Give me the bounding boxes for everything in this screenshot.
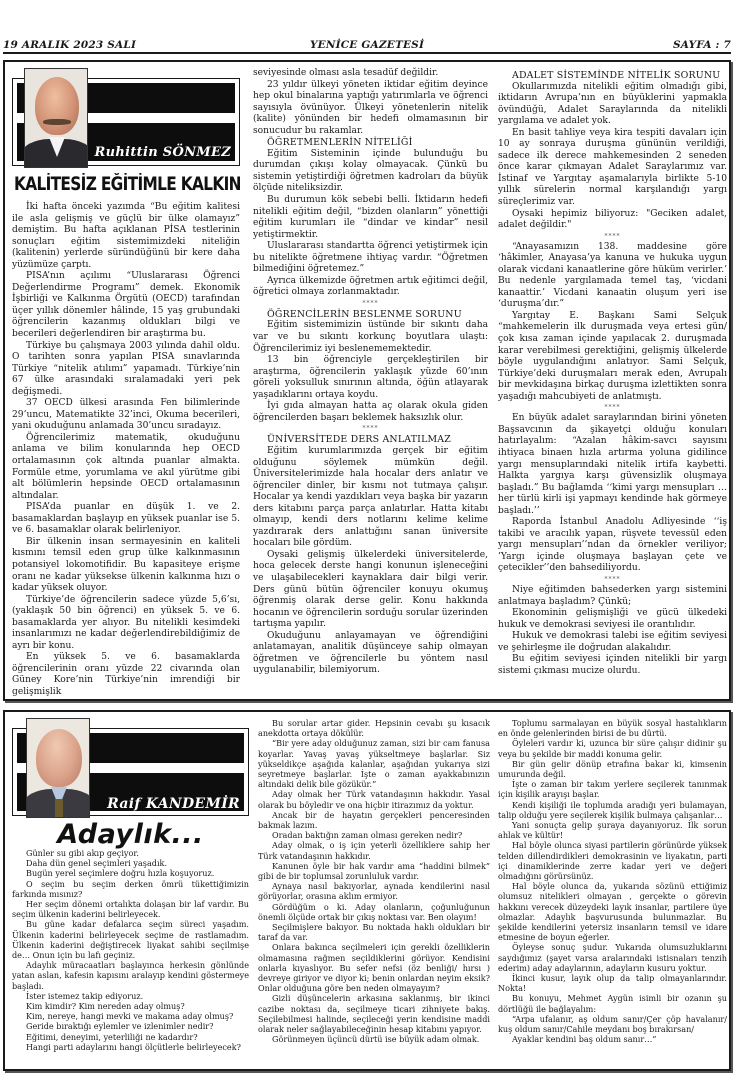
paragraph: Daha dün genel seçimleri yaşadık. xyxy=(12,858,249,868)
subheading: ADALET SİSTEMİNDE NİTELİK SORUNU xyxy=(498,70,727,82)
paragraph: Bir gün gelir dönüp etrafına bakar ki, k… xyxy=(498,759,727,779)
paragraph: “Arpa ufalanır, aş oldum sanır/Çer çöp h… xyxy=(498,1014,727,1034)
paragraph: Geride bıraktığı eylemler ve izlenimler … xyxy=(12,1021,249,1031)
paragraph: Aday olmak, o iş için yeterli özellikler… xyxy=(258,840,490,860)
paragraph: Aynaya nasıl bakıyorlar, aynada kendiler… xyxy=(258,881,490,901)
paragraph: Onlara bakınca seçilmeleri için gerekli … xyxy=(258,942,490,993)
section-separator: **** xyxy=(498,575,727,585)
article2-column-1: Raif KANDEMİR Adaylık... Günler su gibi … xyxy=(12,712,249,1069)
paragraph: Bu durumun kök sebebi belli. İktidarın h… xyxy=(253,195,488,241)
paragraph: Adaylık müracaatları başlayınca herkesin… xyxy=(12,960,249,991)
paragraph: Görünmeyen üçüncü dürtü ise büyük adam o… xyxy=(258,1034,490,1044)
paragraph: Bu sorular artar gider. Hepsinin cevabı … xyxy=(258,718,490,738)
author-name: Raif KANDEMİR xyxy=(107,799,240,809)
paragraph: Bu konuyu, Mehmet Aygün isimli bir ozanı… xyxy=(498,993,727,1013)
paragraph: Bugün yerel seçimlere doğru hızla koşuyo… xyxy=(12,868,249,878)
author-banner: Ruhittin SÖNMEZ xyxy=(12,68,240,170)
paragraph: İki hafta önceki yazımda “Bu eğitim kali… xyxy=(12,202,240,271)
paragraph: “Bir yere aday olduğunuz zaman, sizi bir… xyxy=(258,738,490,789)
paragraph: En büyük adalet saraylarından birini yön… xyxy=(498,413,727,517)
paragraph: Eğitim Sisteminin içinde bulunduğu bu du… xyxy=(253,149,488,195)
paragraph: Kendi kişiliği ile toplumda aradığı yeri… xyxy=(498,800,727,820)
paragraph: İyi gıda almayan hatta aç olarak okula g… xyxy=(253,401,488,424)
paragraph: Hal böyle olunca siyasi partilerin görün… xyxy=(498,840,727,881)
paragraph: Raporda İstanbul Anadolu Adliyesinde ‘‘i… xyxy=(498,517,727,575)
paragraph: Ayrıca ülkemizde öğretmen artık eğitimci… xyxy=(253,276,488,299)
paragraph: “Anayasamızın 138. maddesine göre ‘hâkim… xyxy=(498,242,727,311)
article1-column-1: Ruhittin SÖNMEZ KALİTESİZ EĞİTİMLE KALKI… xyxy=(12,62,240,699)
subheading: ÜNİVERSİTEDE DERS ANLATILMAZ xyxy=(253,434,488,446)
paragraph: Ekonominin gelişmişliği ve gücü ülkedeki… xyxy=(498,608,727,631)
paragraph: Bu güne kadar defalarca seçim süreci yaş… xyxy=(12,919,249,960)
paragraph: Gördüğüm o ki. Aday olanların, çoğunluğu… xyxy=(258,902,490,922)
paragraph: Yani sonuçta gelip şuraya dayanıyoruz. İ… xyxy=(498,820,727,840)
paragraph: Hal böyle olunca da, yukarıda sözünü ett… xyxy=(498,881,727,942)
paragraph: Niye eğitimden bahsederken yargı sistemi… xyxy=(498,585,727,608)
subheading: ÖĞRENCİLERİN BESLENME SORUNU xyxy=(253,309,488,321)
paragraph: Eğitim sistemimizin üstünde bir sıkıntı … xyxy=(253,320,488,355)
paragraph: Bu eğitim seviyesi içinden nitelikli bir… xyxy=(498,654,727,677)
paragraph: Okuduğunu anlayamayan ve öğrendiğini anl… xyxy=(253,631,488,677)
section-separator: **** xyxy=(253,424,488,434)
paragraph: Ayaklar kendini baş oldum sanır…” xyxy=(498,1034,727,1044)
paragraph: Okullarımızda nitelikli eğitim olmadığı … xyxy=(498,82,727,128)
article-headline: KALİTESİZ EĞİTİMLE KALKINMA OLMAZ xyxy=(14,174,202,196)
article2-column-3: Toplumu sarmalayan en büyük sosyal hasta… xyxy=(498,712,727,1069)
author-name: Ruhittin SÖNMEZ xyxy=(95,147,231,159)
paragraph: 37 OECD ülkesi arasında Fen bilimlerinde… xyxy=(12,398,240,433)
section-separator: **** xyxy=(253,299,488,309)
paragraph: İster istemez takip ediyoruz. xyxy=(12,991,249,1001)
paragraph: Kanunen öyle bir hak vardır ama “haddini… xyxy=(258,861,490,881)
article1-column-2: seviyesinde olması asla tesadüf değildir… xyxy=(253,62,488,699)
paragraph: Aday olmak her Türk vatandaşının hakkıdı… xyxy=(258,789,490,809)
paragraph: En yüksek 5. ve 6. basamaklarda öğrencil… xyxy=(12,652,240,698)
paragraph: İkinci kusur, layık olup da talip olmaya… xyxy=(498,973,727,993)
author-photo xyxy=(24,68,88,168)
section-separator: **** xyxy=(498,232,727,242)
paragraph: 13 bin öğrenciyle gerçekleştirilen bir a… xyxy=(253,355,488,401)
paragraph: PISA’da puanlar en düşük 1. ve 2. basama… xyxy=(12,502,240,537)
article-column-sonmez: Ruhittin SÖNMEZ KALİTESİZ EĞİTİMLE KALKI… xyxy=(3,60,731,701)
paragraph: Eğitim kurumlarımızda gerçek bir eğitim … xyxy=(253,446,488,550)
paragraph: Bir ülkenin insan sermayesinin en kalite… xyxy=(12,537,240,595)
paragraph: Oradan baktığın zaman olması gereken ned… xyxy=(258,830,490,840)
paragraph: Kim, nereye, hangi mevki ve makama aday … xyxy=(12,1011,249,1021)
paragraph: Türkiye’de öğrencilerin sadece yüzde 5,6… xyxy=(12,595,240,653)
paragraph: Öğrencilerimiz matematik, okuduğunu anla… xyxy=(12,433,240,502)
paragraph: O seçim bu seçim derken ömrü tükettiğimi… xyxy=(12,879,249,899)
paragraph: 23 yıldır ülkeyi yöneten iktidar eğitim … xyxy=(253,80,488,138)
newspaper-name: YENİCE GAZETESİ xyxy=(3,39,731,51)
paragraph: Eğitimi, deneyimi, yeterliliği ne kadard… xyxy=(12,1032,249,1042)
author-photo xyxy=(26,718,90,818)
paragraph: En basit tahliye veya kira tespiti daval… xyxy=(498,128,727,209)
paragraph: Uluslararası standartta öğrenci yetiştir… xyxy=(253,241,488,276)
article-column-kandemir: Raif KANDEMİR Adaylık... Günler su gibi … xyxy=(3,710,731,1071)
paragraph: Her seçim dönemi ortalıkta dolaşan bir l… xyxy=(12,899,249,919)
article-headline: Adaylık... xyxy=(12,822,249,848)
subheading: ÖĞRETMENLERİN NİTELİĞİ xyxy=(253,137,488,149)
paragraph: Seçilmişlere bakıyor. Bu noktada haklı o… xyxy=(258,922,490,942)
section-separator: **** xyxy=(498,403,727,413)
paragraph: Kim kimdir? Kim nereden aday olmuş? xyxy=(12,1001,249,1011)
paragraph: Oysaki hepimiz biliyoruz: "Geciken adale… xyxy=(498,209,727,232)
article2-column-2: Bu sorular artar gider. Hepsinin cevabı … xyxy=(258,712,490,1069)
paragraph: PISA’nın açılımı “Uluslararası Öğrenci D… xyxy=(12,271,240,340)
paragraph: Türkiye bu çalışmaya 2003 yılında dahil … xyxy=(12,341,240,399)
masthead: 19 ARALIK 2023 SALI YENİCE GAZETESİ SAYF… xyxy=(3,38,731,54)
paragraph: İşte o zaman bir takım yerlere seçilerek… xyxy=(498,779,727,799)
article1-column-3: ADALET SİSTEMİNDE NİTELİK SORUNU Okullar… xyxy=(498,62,727,699)
paragraph: Gizli düşüncelerin arkasına saklanmış, b… xyxy=(258,993,490,1034)
paragraph: Ancak bir de hayatın gerçekleri penceres… xyxy=(258,810,490,830)
paragraph: Öyleleri vardır ki, uzunca bir süre çalı… xyxy=(498,738,727,758)
author-banner: Raif KANDEMİR xyxy=(12,718,249,820)
paragraph: Oysaki gelişmiş ülkelerdeki üniversitele… xyxy=(253,550,488,631)
paragraph: Günler su gibi akıp geçiyor. xyxy=(12,848,249,858)
paragraph: Toplumu sarmalayan en büyük sosyal hasta… xyxy=(498,718,727,738)
paragraph: Yargıtay E. Başkanı Sami Selçuk “mahkeme… xyxy=(498,311,727,403)
paragraph: Öyleyse sonuç şudur. Yukarıda olumsuzluk… xyxy=(498,942,727,973)
paragraph: Hukuk ve demokrasi talebi ise eğitim sev… xyxy=(498,631,727,654)
paragraph: seviyesinde olması asla tesadüf değildir… xyxy=(253,68,488,80)
paragraph: Hangi parti adaylarını hangi ölçütlerle … xyxy=(12,1042,249,1052)
